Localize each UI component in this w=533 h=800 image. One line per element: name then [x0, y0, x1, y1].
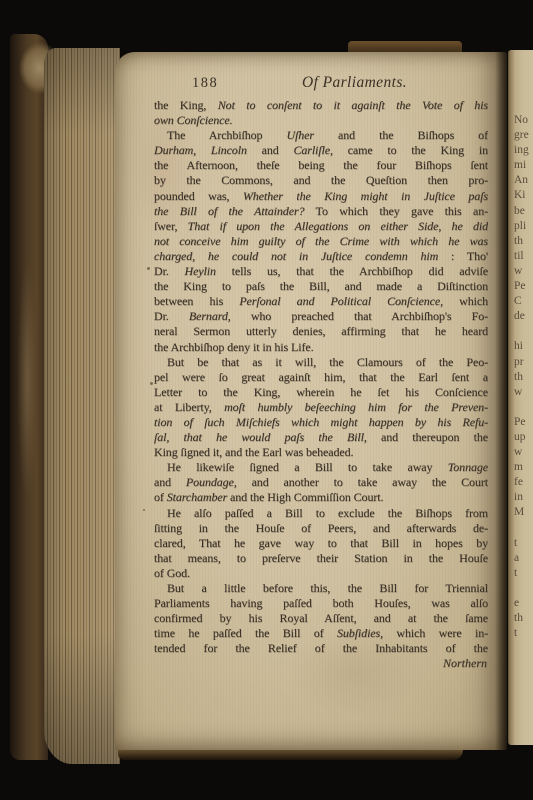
fragment-line: [514, 324, 533, 339]
text-line: neral Sermon utterly denies, affirming t…: [154, 324, 488, 339]
text-line: tended for the Relief of the Inhabitants…: [154, 641, 488, 656]
running-header: 188 Of Parliaments.: [154, 74, 488, 94]
text-line: Dr. Heylin tells us, that the Archbiſhop…: [154, 264, 488, 279]
text-line: Durham, Lincoln and Carliſle, came to th…: [154, 143, 488, 158]
facing-fragments: NogreingmiAnKibeplithtilwPeCdehiprthwPeu…: [514, 113, 533, 656]
fragment-line: up: [514, 430, 533, 445]
fragment-line: No: [514, 113, 533, 128]
ink-speck: [143, 509, 145, 511]
text-line: The Archbiſhop Uſher and the Biſhops of: [154, 128, 488, 143]
text-line: the Bill of the Attainder? To which they…: [154, 204, 488, 219]
fragment-line: t: [514, 536, 533, 551]
fragment-line: C: [514, 294, 533, 309]
text-line: King ſigned it, and the Earl was beheade…: [154, 445, 488, 460]
text-line: Parliaments having paſſed both Houſes, w…: [154, 596, 488, 611]
fragment-line: a: [514, 551, 533, 566]
facing-page-sliver: NogreingmiAnKibeplithtilwPeCdehiprthwPeu…: [508, 50, 533, 745]
text-line: by the Commons, and the Queſtion then pr…: [154, 173, 488, 188]
text-line: Letter to the King, wherein he ſet his C…: [154, 385, 488, 400]
text-line: at Liberty, moſt humbly beſeeching him f…: [154, 400, 488, 415]
text-line: not conceive him guilty of the Crime wit…: [154, 234, 488, 249]
fragment-line: t: [514, 566, 533, 581]
fragment-line: M: [514, 505, 533, 520]
running-title: Of Parliaments.: [302, 74, 407, 92]
text-line: the King to paſs the Bill, and made a Di…: [154, 279, 488, 294]
text-line: clared, That he gave way to that Bill in…: [154, 536, 488, 551]
text-line: the Afternoon, theſe being the four Biſh…: [154, 158, 488, 173]
ink-speck: [150, 382, 153, 385]
fragment-line: in: [514, 490, 533, 505]
page-fore-edge: [44, 48, 120, 764]
fragment-line: th: [514, 370, 533, 385]
text-line: that means, to preſerve their Station in…: [154, 551, 488, 566]
fragment-line: [514, 581, 533, 596]
text-line: pounded was, Whether the King might in J…: [154, 189, 488, 204]
text-line: He alſo paſſed a Bill to exclude the Biſ…: [154, 506, 488, 521]
text-line: the King, Not to conſent to it againſt t…: [154, 98, 488, 113]
text-line: But be that as it will, the Clamours of …: [154, 355, 488, 370]
fragment-line: w: [514, 445, 533, 460]
text-line: ſitting in the Houſe of Peers, and after…: [154, 521, 488, 536]
cover-wear-patch: [14, 220, 40, 540]
text-line: tion of ſuch Miſchiefs which might happe…: [154, 415, 488, 430]
fragment-line: til: [514, 249, 533, 264]
fragment-line: th: [514, 234, 533, 249]
fragment-line: gre: [514, 128, 533, 143]
fragment-line: Pe: [514, 279, 533, 294]
page-number: 188: [192, 75, 218, 92]
text-line: time he paſſed the Bill of Subſidies, wh…: [154, 626, 488, 641]
fragment-line: m: [514, 460, 533, 475]
fragment-line: [514, 641, 533, 656]
text-line: between his Perſonal and Political Conſc…: [154, 294, 488, 309]
book-page: 188 Of Parliaments. the King, Not to con…: [115, 52, 507, 750]
fragment-line: de: [514, 309, 533, 324]
text-line: But a little before this, the Bill for T…: [154, 581, 488, 596]
fragment-line: th: [514, 611, 533, 626]
text-line: Dr. Bernard, who preached that Archbiſho…: [154, 309, 488, 324]
fragment-line: Pe: [514, 415, 533, 430]
text-block: the King, Not to conſent to it againſt t…: [154, 98, 488, 672]
fragment-line: w: [514, 264, 533, 279]
text-line: own Conſcience.: [154, 113, 488, 128]
fragment-line: An: [514, 173, 533, 188]
photo-background: 188 Of Parliaments. the King, Not to con…: [0, 0, 533, 800]
text-line: of God.: [154, 566, 488, 581]
text-lines: the King, Not to conſent to it againſt t…: [154, 98, 488, 656]
text-line: He likewiſe ſigned a Bill to take away T…: [154, 460, 488, 475]
fragment-line: mi: [514, 158, 533, 173]
text-line: confirmed by his Royal Aſſent, and at th…: [154, 611, 488, 626]
text-line: charged, he could not in Juſtice condemn…: [154, 249, 488, 264]
catchword-row: Northern: [154, 656, 488, 671]
text-line: and Poundage, and another to take away t…: [154, 475, 488, 490]
fragment-line: ing: [514, 143, 533, 158]
ink-speck: [147, 267, 150, 270]
text-line: of Starchamber and the High Commiſſion C…: [154, 490, 488, 505]
fragment-line: hi: [514, 339, 533, 354]
fragment-line: fe: [514, 475, 533, 490]
fragment-line: be: [514, 204, 533, 219]
gutter-shadow: [495, 52, 508, 750]
fragment-line: t: [514, 626, 533, 641]
fragment-line: [514, 400, 533, 415]
text-line: ſwer, That if upon the Allegations on ei…: [154, 219, 488, 234]
fragment-line: Ki: [514, 188, 533, 203]
fragment-line: pr: [514, 355, 533, 370]
text-line: the Archbiſhop deny it in his Life.: [154, 340, 488, 355]
text-line: ſal, that he would paſs the Bill, and th…: [154, 430, 488, 445]
fragment-line: w: [514, 385, 533, 400]
text-line: pel were ſo great againſt him, that the …: [154, 370, 488, 385]
fragment-line: [514, 521, 533, 536]
catchword: Northern: [443, 656, 487, 670]
fragment-line: pli: [514, 219, 533, 234]
fragment-line: e: [514, 596, 533, 611]
